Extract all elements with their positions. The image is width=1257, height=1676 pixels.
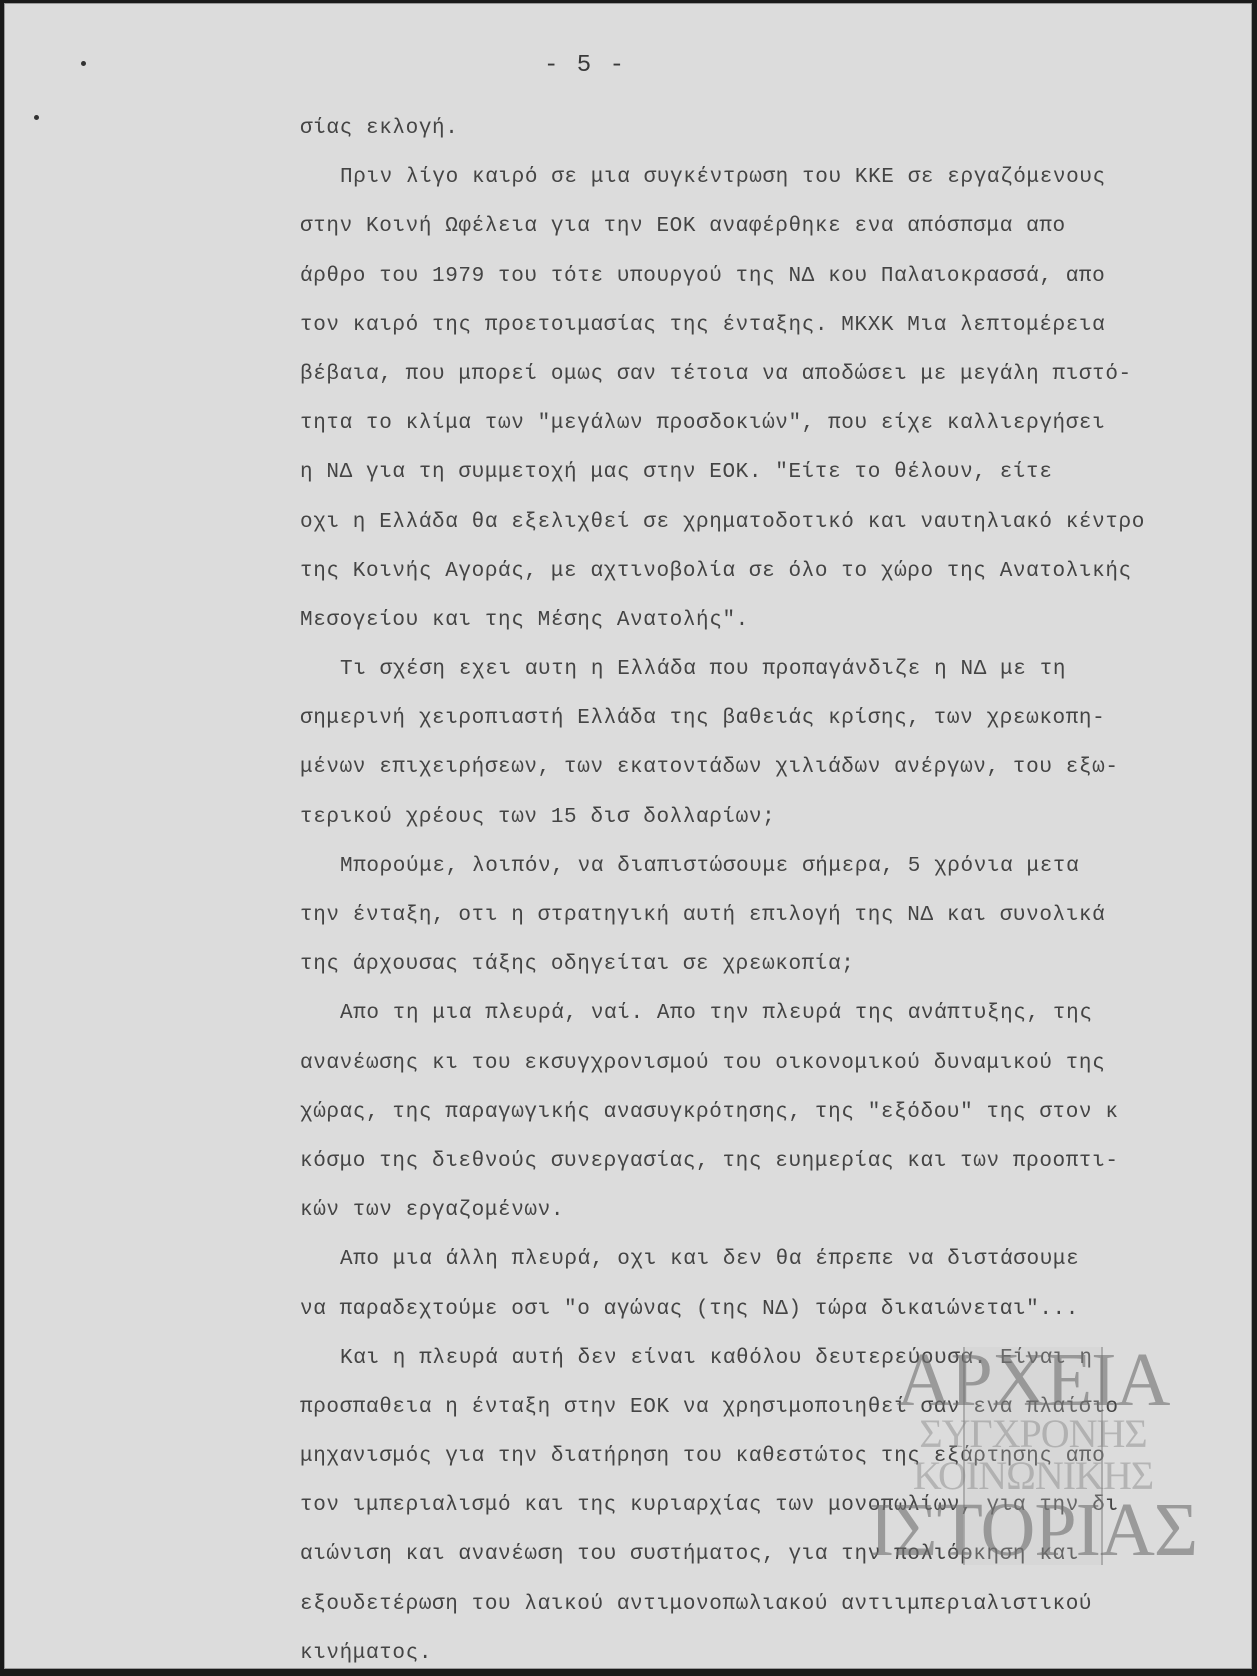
page-number: - 5 -	[5, 52, 1165, 79]
text-line: Απο μια άλλη πλευρά, οχι και δεν θα έπρε…	[300, 1235, 1230, 1284]
text-line: αιώνιση και ανανέωση του συστήματος, για…	[300, 1530, 1230, 1579]
text-line: τερικού χρέους των 15 δισ δολλαρίων;	[300, 793, 1230, 842]
text-line: Τι σχέση εχει αυτη η Ελλάδα που προπαγάν…	[300, 645, 1230, 694]
text-line: σίας εκλογή.	[300, 104, 1230, 153]
text-line: τητα το κλίμα των "μεγάλων προσδοκιών", …	[300, 399, 1230, 448]
text-line: κών των εργαζομένων.	[300, 1186, 1230, 1235]
text-line: ανανέωσης κι του εκσυγχρονισμού του οικο…	[300, 1039, 1230, 1088]
document-page: - 5 - σίας εκλογή.Πριν λίγο καιρό σε μια…	[4, 3, 1252, 1669]
text-line: της άρχουσας τάξης οδηγείται σε χρεωκοπί…	[300, 940, 1230, 989]
text-line: εξουδετέρωση του λαικού αντιμονοπωλιακού…	[300, 1580, 1230, 1629]
text-line: Πριν λίγο καιρό σε μια συγκέντρωση του Κ…	[300, 153, 1230, 202]
text-line: Μπορούμε, λοιπόν, να διαπιστώσουμε σήμερ…	[300, 842, 1230, 891]
text-line: Μεσογείου και της Μέσης Ανατολής".	[300, 596, 1230, 645]
text-line: της Κοινής Αγοράς, με αχτινοβολία σε όλο…	[300, 547, 1230, 596]
text-line: Και η πλευρά αυτή δεν είναι καθόλου δευτ…	[300, 1334, 1230, 1383]
text-line: να παραδεχτούμε οσι "ο αγώνας (της ΝΔ) τ…	[300, 1285, 1230, 1334]
text-line: προσπαθεια η ένταξη στην ΕΟΚ να χρησιμοπ…	[300, 1383, 1230, 1432]
text-line: μένων επιχειρήσεων, των εκατοντάδων χιλι…	[300, 743, 1230, 792]
text-line: Απο τη μια πλευρά, ναί. Απο την πλευρά τ…	[300, 989, 1230, 1038]
text-line: άρθρο του 1979 του τότε υπουργού της ΝΔ …	[300, 252, 1230, 301]
text-line: σημερινή χειροπιαστή Ελλάδα της βαθειάς …	[300, 694, 1230, 743]
text-line: η ΝΔ για τη συμμετοχή μας στην ΕΟΚ. "Είτ…	[300, 448, 1230, 497]
text-line: την ένταξη, οτι η στρατηγική αυτή επιλογ…	[300, 891, 1230, 940]
text-line: κόσμο της διεθνούς συνεργασίας, της ευημ…	[300, 1137, 1230, 1186]
text-line: τον καιρό της προετοιμασίας της ένταξης.…	[300, 301, 1230, 350]
paper-speck	[34, 115, 39, 120]
text-line: χώρας, της παραγωγικής ανασυγκρότησης, τ…	[300, 1088, 1230, 1137]
typewritten-text-body: σίας εκλογή.Πριν λίγο καιρό σε μια συγκέ…	[300, 104, 1230, 1676]
text-line: οχι η Ελλάδα θα εξελιχθεί σε χρηματοδοτι…	[300, 498, 1230, 547]
text-line: κινήματος.	[300, 1629, 1230, 1676]
text-line: βέβαια, που μπορεί ομως σαν τέτοια να απ…	[300, 350, 1230, 399]
text-line: τον ιμπεριαλισμό και της κυριαρχίας των …	[300, 1481, 1230, 1530]
text-line: μηχανισμός για την διατήρηση του καθεστώ…	[300, 1432, 1230, 1481]
text-line: στην Κοινή Ωφέλεια για την ΕΟΚ αναφέρθηκ…	[300, 202, 1230, 251]
